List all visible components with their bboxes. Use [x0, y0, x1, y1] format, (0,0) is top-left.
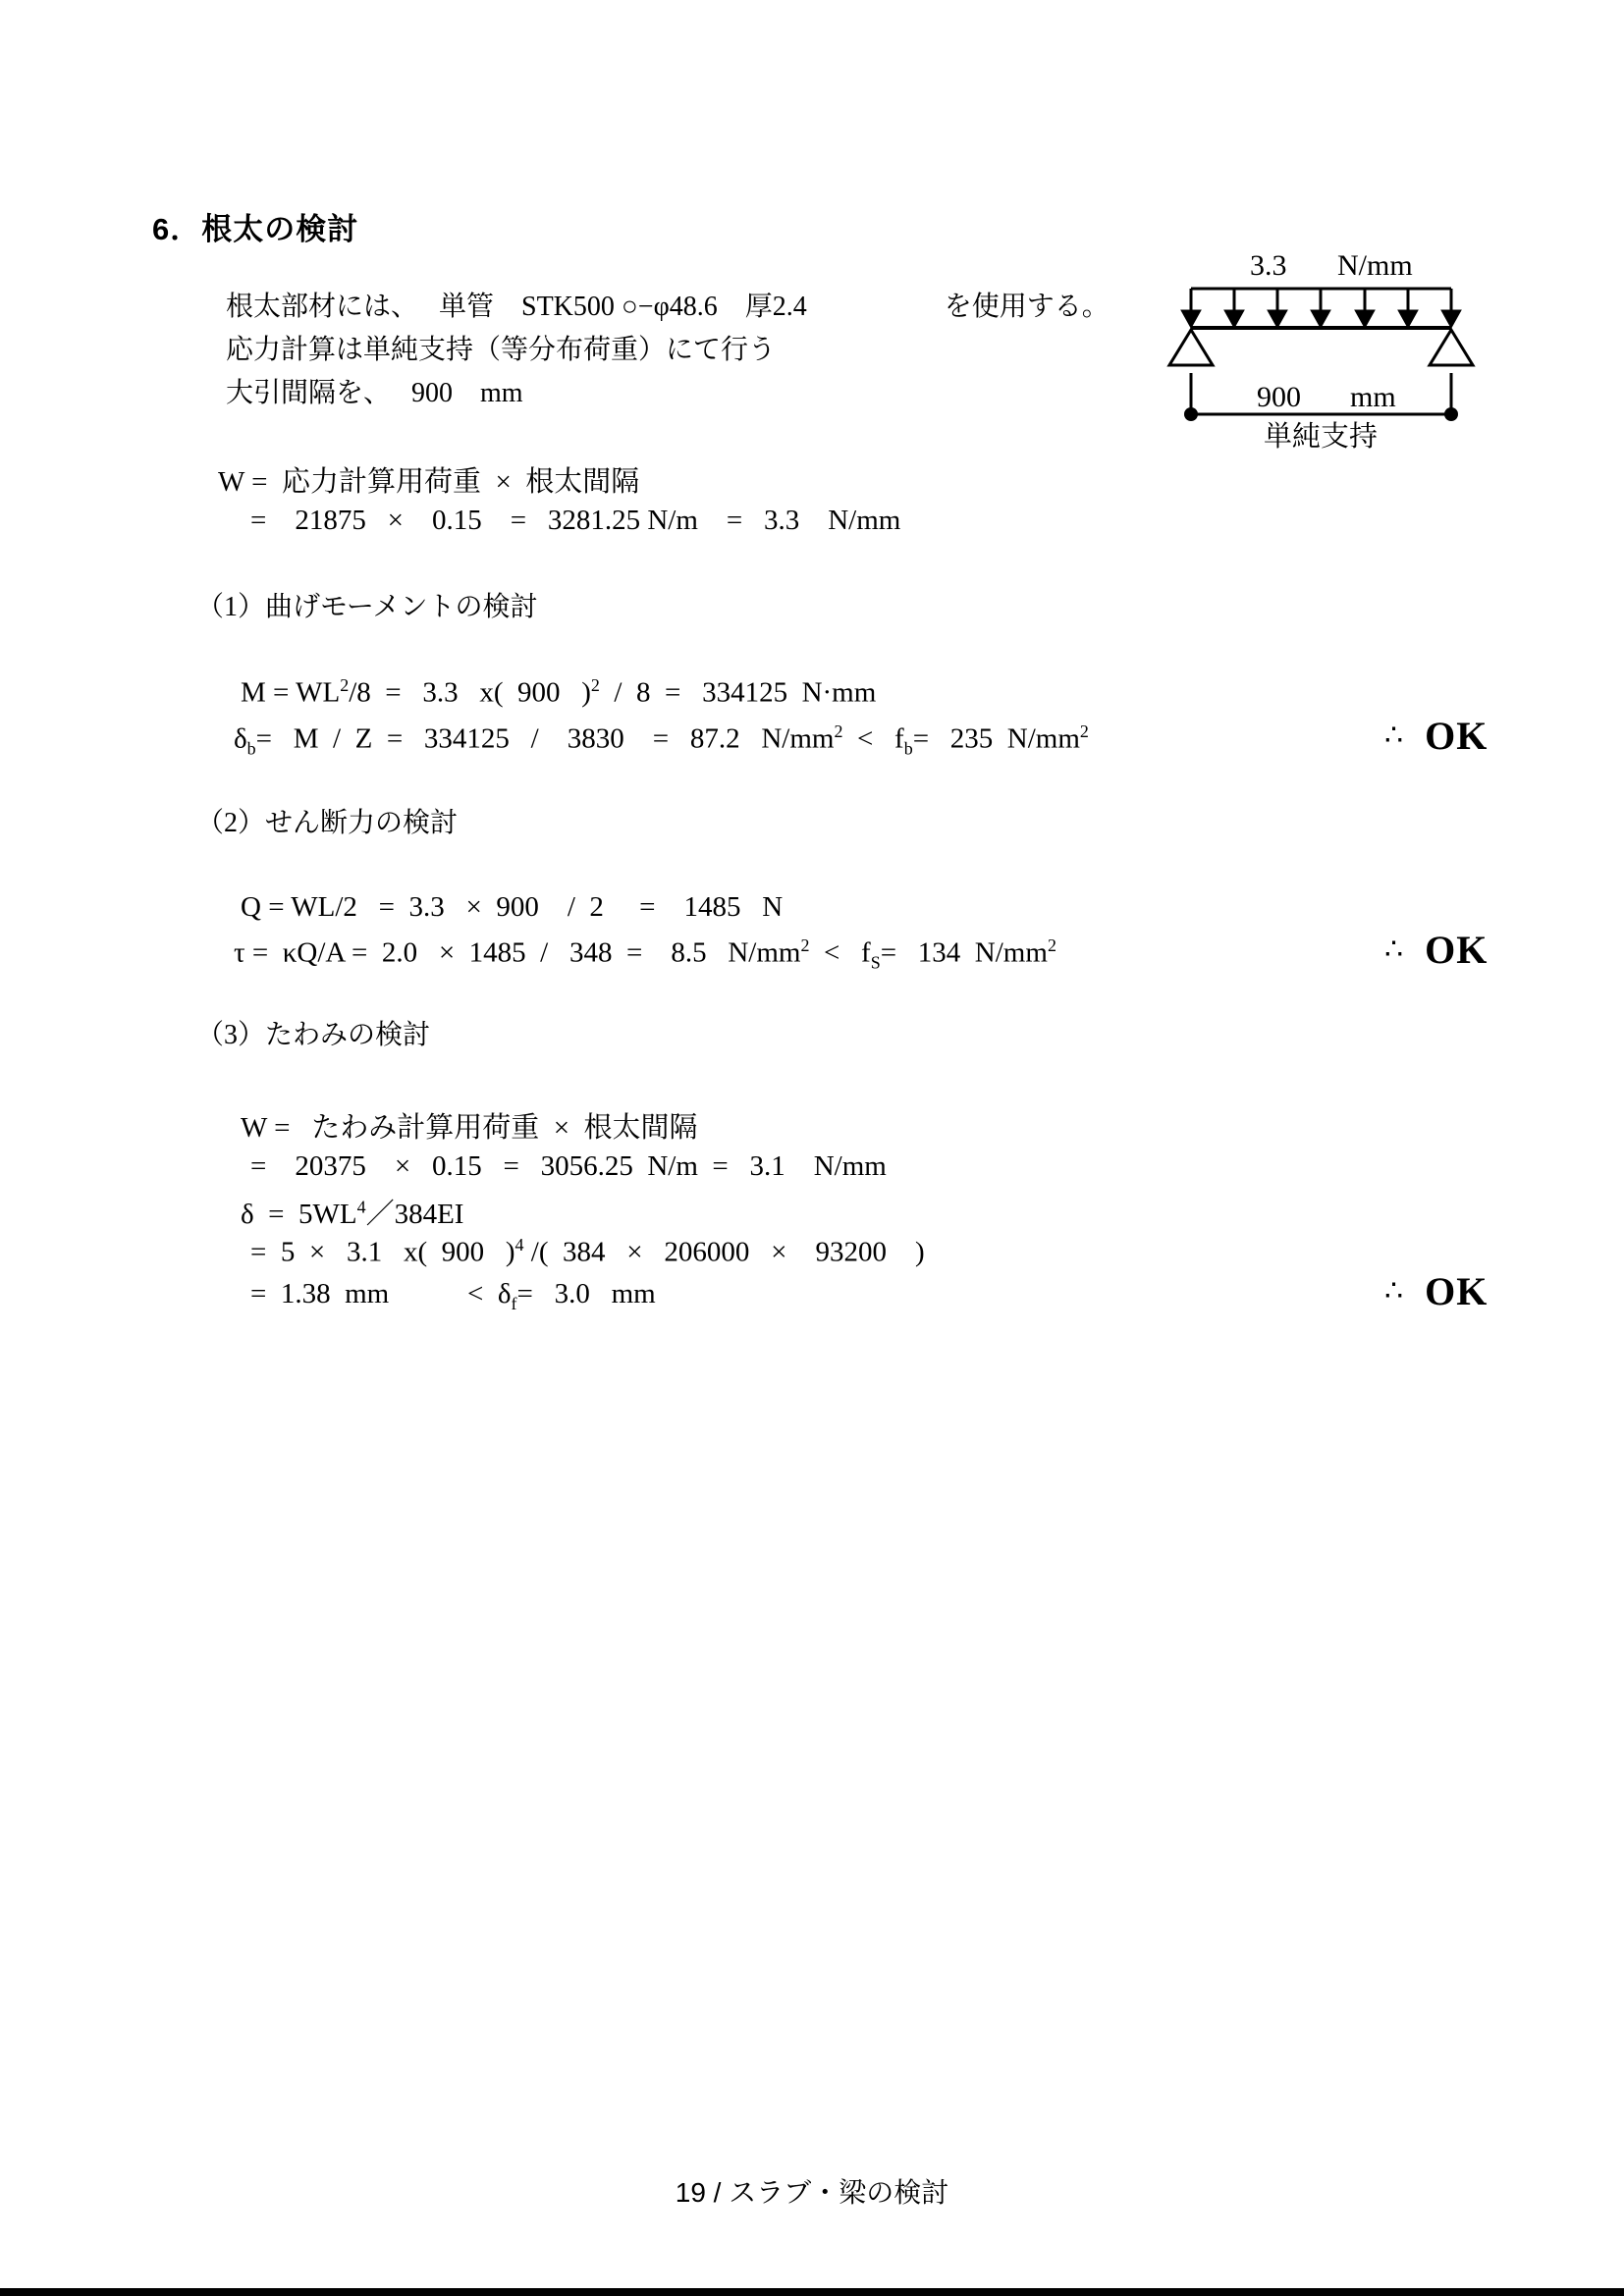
ok-label: OK: [1425, 713, 1488, 759]
ok-mark-deflection: ∴ OK: [1384, 1268, 1488, 1314]
deflection-formula: δ = 5WL4／384EI: [241, 1192, 463, 1232]
ok-label: OK: [1425, 1268, 1488, 1314]
dimension-dot-right: [1444, 407, 1458, 421]
calculation-sheet-page: 6．根太の検討 根太部材には、 単管 STK500 ○−φ48.6 厚2.4 を…: [0, 0, 1624, 2296]
section-2-heading: （2）せん断力の検討: [196, 801, 458, 840]
shear-force-equation: Q = WL/2 = 3.3 × 900 / 2 = 1485 N: [241, 891, 783, 924]
support-icon-left: [1169, 330, 1213, 365]
page-bottom-edge: [0, 2288, 1624, 2296]
load-calc-line-2: = 21875 × 0.15 = 3281.25 N/m = 3.3 N/mm: [250, 505, 900, 537]
therefore-symbol: ∴: [1384, 933, 1403, 967]
ok-label: OK: [1425, 927, 1488, 973]
beam-diagram: 3.3 N/mm 900 mm 単純支持: [1119, 226, 1532, 461]
span-unit-label: mm: [1350, 381, 1396, 413]
ok-mark-bending: ∴ OK: [1384, 713, 1488, 759]
support-icon-right: [1430, 330, 1473, 365]
therefore-symbol: ∴: [1384, 719, 1403, 753]
dimension-dot-left: [1184, 407, 1198, 421]
intro-line-3: 大引間隔を、 900 mm: [226, 371, 523, 410]
intro-line-1: 根太部材には、 単管 STK500 ○−φ48.6 厚2.4 を使用する。: [226, 285, 1110, 324]
deflection-substitution: = 5 × 3.1 x( 900 )4 /( 384 × 206000 × 93…: [250, 1235, 925, 1269]
page-footer: 19 / スラブ・梁の検討: [0, 2171, 1624, 2211]
deflection-load-line-2: = 20375 × 0.15 = 3056.25 N/m = 3.1 N/mm: [250, 1150, 887, 1183]
deflection-result: = 1.38 mm < δf= 3.0 mm: [250, 1278, 656, 1314]
section-3-heading: （3）たわみの検討: [196, 1013, 430, 1052]
load-value-label: 3.3: [1250, 249, 1287, 282]
ok-mark-shear: ∴ OK: [1384, 927, 1488, 973]
moment-equation: M = WL2/8 = 3.3 x( 900 )2 / 8 = 334125 N…: [241, 675, 876, 710]
deflection-load-line-1: W = たわみ計算用荷重 × 根太間隔: [241, 1105, 698, 1146]
bending-stress-equation: δb= M / Z = 334125 / 3830 = 87.2 N/mm2 <…: [234, 721, 1089, 759]
therefore-symbol: ∴: [1384, 1274, 1403, 1308]
diagram-caption: 単純支持: [1264, 420, 1378, 453]
load-arrows: [1181, 289, 1461, 328]
shear-stress-equation: τ = κQ/A = 2.0 × 1485 / 348 = 8.5 N/mm2 …: [234, 935, 1056, 973]
intro-line-2: 応力計算は単純支持（等分布荷重）にて行う: [226, 328, 776, 367]
load-unit-label: N/mm: [1337, 249, 1413, 282]
page-title: 6．根太の検討: [152, 204, 358, 248]
load-calc-line-1: W = 応力計算用荷重 × 根太間隔: [218, 459, 639, 500]
span-value-label: 900: [1257, 381, 1301, 413]
section-1-heading: （1）曲げモーメントの検討: [196, 585, 537, 624]
